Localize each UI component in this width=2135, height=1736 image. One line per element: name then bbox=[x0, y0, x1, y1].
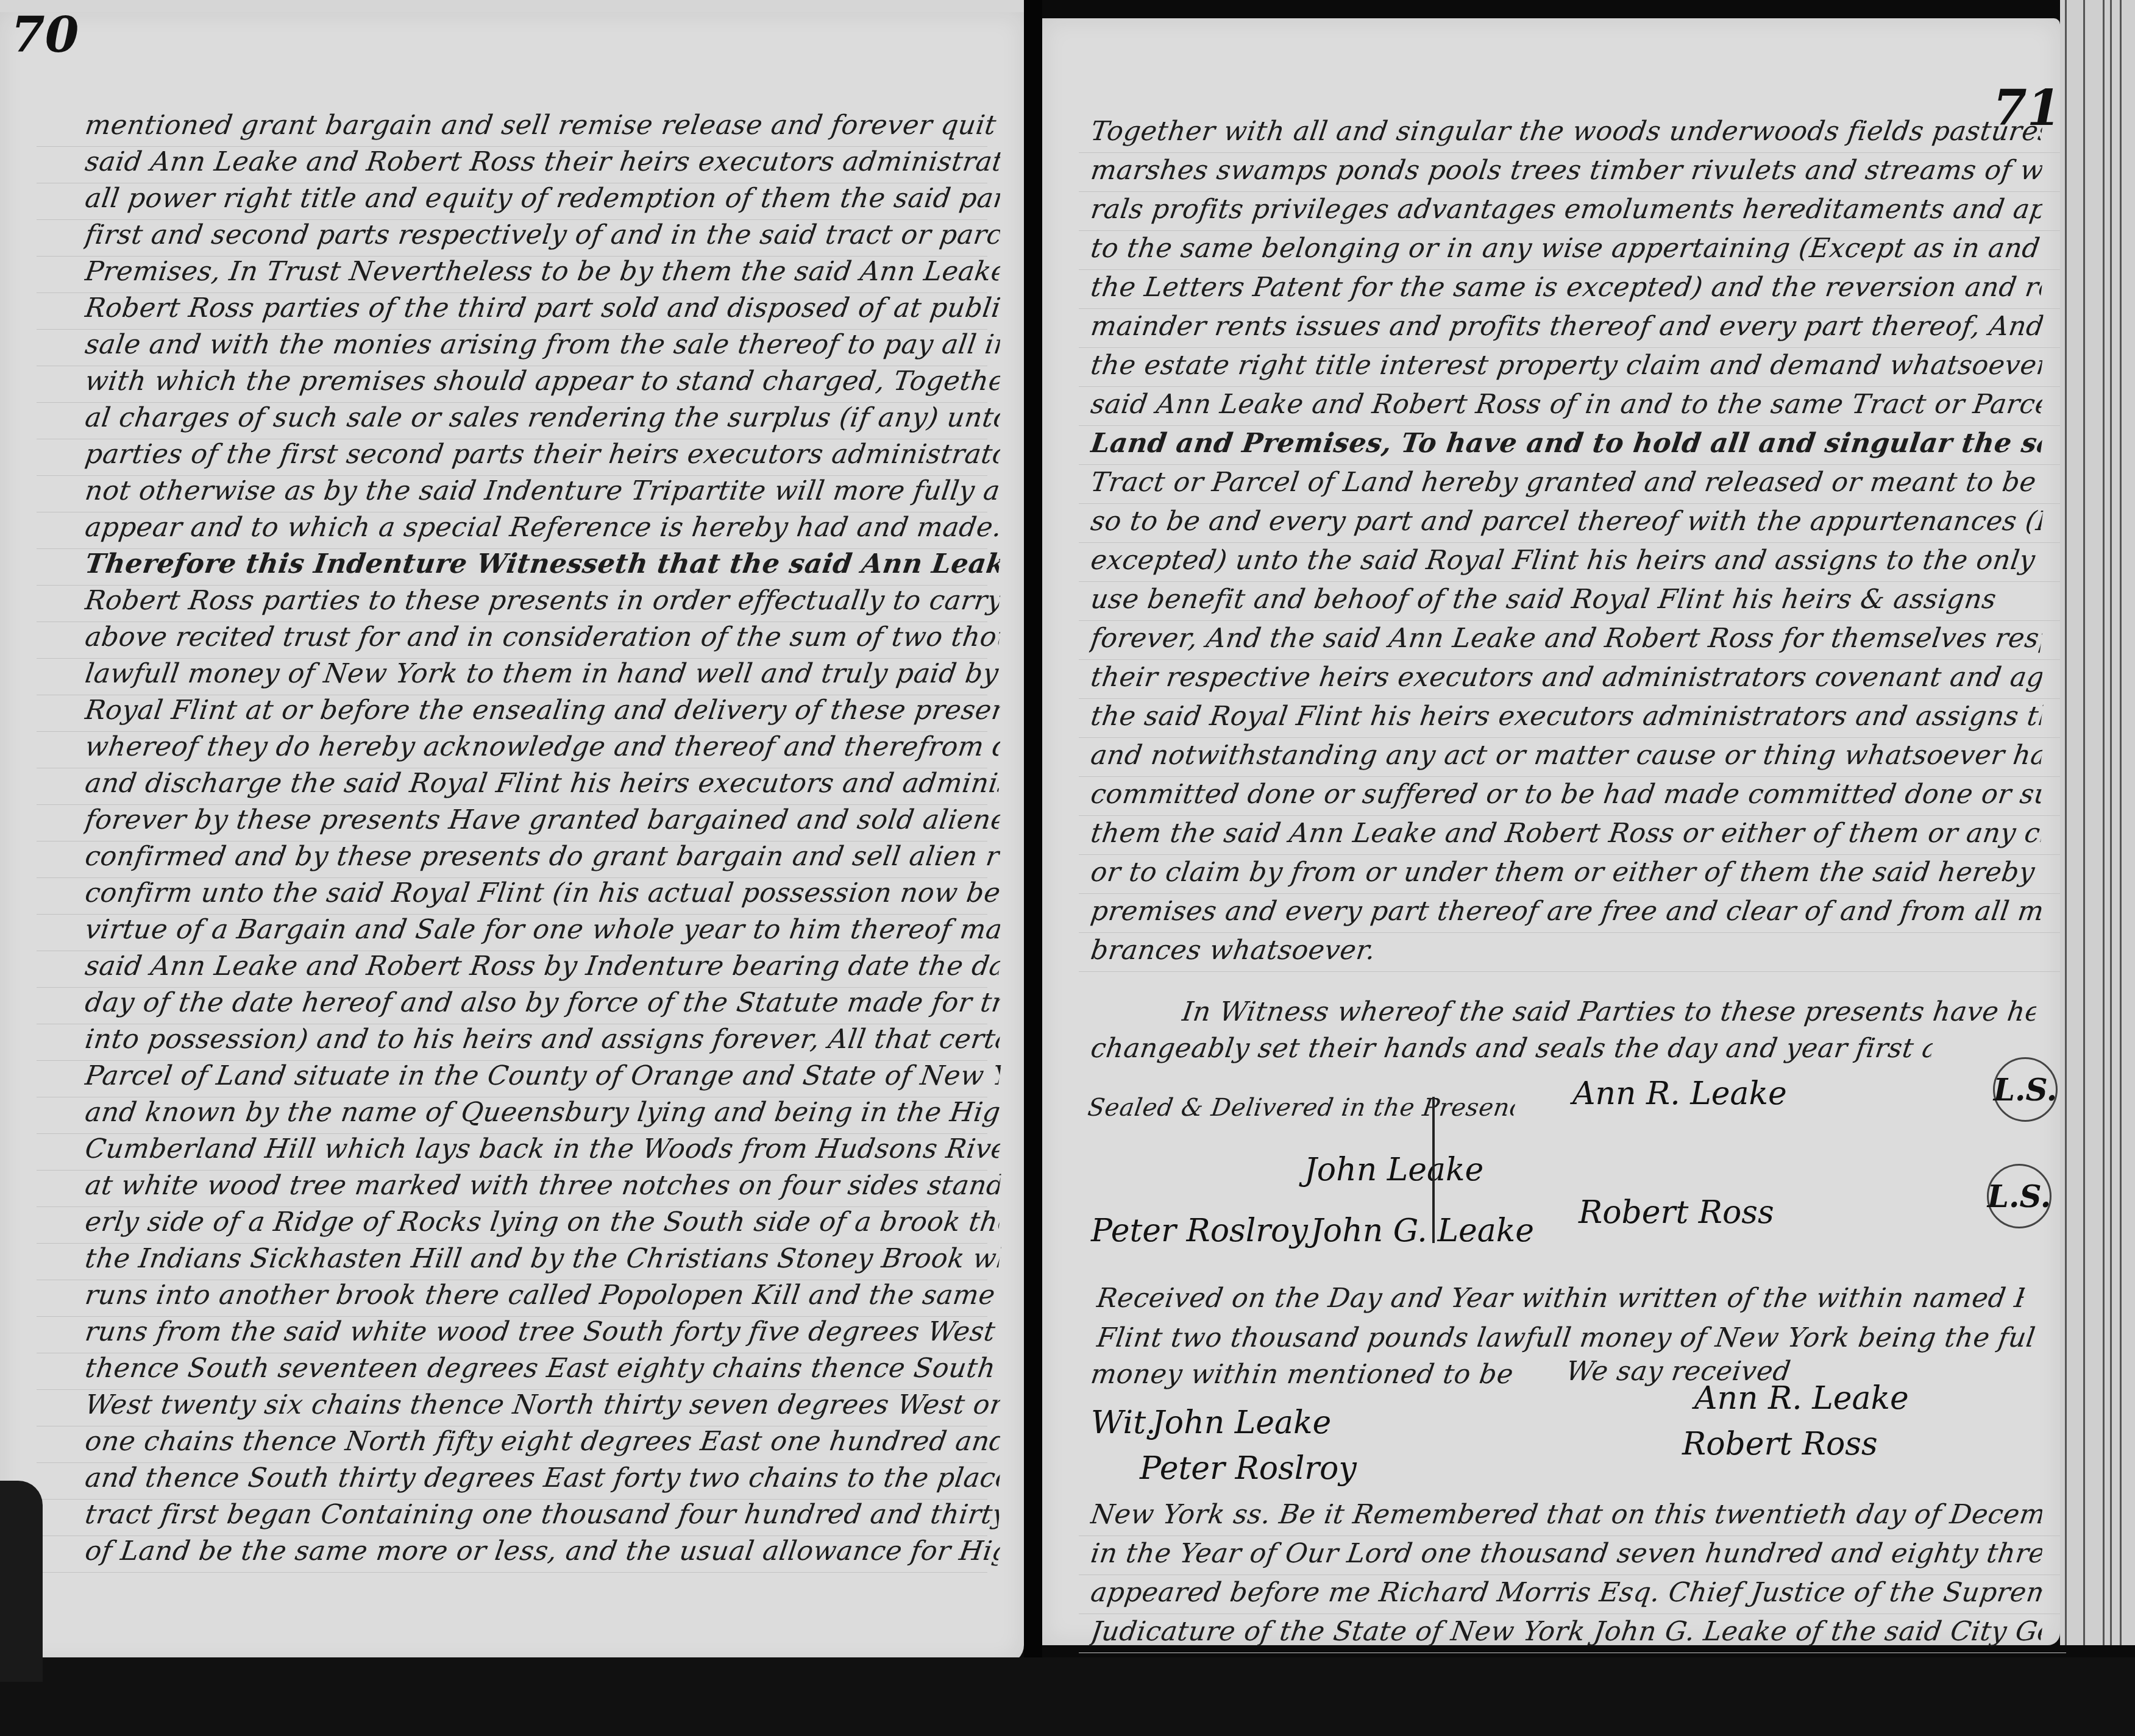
witness-signature-john-g-leake: John G. Leake bbox=[1310, 1213, 1534, 1249]
ledger-rule bbox=[1079, 1536, 2066, 1536]
handwritten-line: appear and to which a special Reference … bbox=[83, 512, 1001, 543]
handwritten-line: Land and Premises, To have and to hold a… bbox=[1089, 428, 2044, 459]
ledger-rule bbox=[1079, 581, 2066, 582]
receipt-line-1: Received on the Day and Year within writ… bbox=[1095, 1283, 2025, 1314]
handwritten-line: Robert Ross parties of the third part so… bbox=[83, 292, 1001, 324]
handwritten-line: of Land be the same more or less, and th… bbox=[83, 1536, 1001, 1567]
receipt-line-2: Flint two thousand pounds lawfull money … bbox=[1095, 1322, 2037, 1353]
handwritten-line: Judicature of the State of New York John… bbox=[1089, 1616, 2044, 1647]
handwritten-line: Royal Flint at or before the ensealing a… bbox=[83, 695, 1001, 726]
right-ledger-page: 71 Together with all and singular the wo… bbox=[1042, 18, 2060, 1645]
handwritten-line: confirm unto the said Royal Flint (in hi… bbox=[83, 877, 1001, 909]
handwritten-line: into possession) and to his heirs and as… bbox=[83, 1024, 1001, 1055]
handwritten-line: sale and with the monies arising from th… bbox=[83, 329, 1001, 360]
handwritten-line: excepted) unto the said Royal Flint his … bbox=[1089, 545, 2044, 576]
ledger-rule bbox=[1079, 854, 2066, 855]
left-ledger-page: 70 mentioned grant bargain and sell remi… bbox=[0, 12, 1024, 1663]
handwritten-line: confirmed and by these presents do grant… bbox=[83, 841, 1001, 872]
handwritten-line: the Indians Sickhasten Hill and by the C… bbox=[83, 1243, 1001, 1274]
handwritten-line: Parcel of Land situate in the County of … bbox=[83, 1060, 1001, 1091]
ledger-rule bbox=[1079, 230, 2066, 231]
handwritten-line: first and second parts respectively of a… bbox=[83, 219, 1001, 250]
handwritten-line: West twenty six chains thence North thir… bbox=[83, 1389, 1001, 1420]
handwritten-line: their respective heirs executors and adm… bbox=[1089, 662, 2044, 693]
handwritten-line: and known by the name of Queensbury lyin… bbox=[83, 1097, 1001, 1128]
ledger-rule bbox=[1079, 932, 2066, 933]
ledger-rule bbox=[1079, 308, 2066, 309]
ledger-rule bbox=[1079, 698, 2066, 699]
handwritten-line: to the same belonging or in any wise app… bbox=[1089, 233, 2044, 264]
handwritten-line: mainder rents issues and profits thereof… bbox=[1089, 311, 2044, 342]
signature-robert-ross: Robert Ross bbox=[1579, 1194, 1774, 1231]
receipt-signer-ann-leake: Ann R. Leake bbox=[1694, 1380, 1909, 1417]
handwritten-line: them the said Ann Leake and Robert Ross … bbox=[1089, 818, 2044, 849]
handwritten-line: the Letters Patent for the same is excep… bbox=[1089, 272, 2044, 303]
holding-thumb bbox=[0, 1481, 43, 1682]
handwritten-line: al charges of such sale or sales renderi… bbox=[83, 402, 1001, 433]
handwritten-line: whereof they do hereby acknowledge and t… bbox=[83, 731, 1001, 762]
handwritten-line: marshes swamps ponds pools trees timber … bbox=[1089, 155, 2044, 186]
book-page-edges bbox=[2060, 0, 2135, 1645]
ledger-rule bbox=[1079, 971, 2066, 972]
handwritten-line: premises and every part thereof are free… bbox=[1089, 896, 2044, 927]
handwritten-line: and notwithstanding any act or matter ca… bbox=[1089, 740, 2044, 771]
handwritten-line: erly side of a Ridge of Rocks lying on t… bbox=[83, 1206, 1001, 1238]
signature-ann-leake: Ann R. Leake bbox=[1572, 1075, 1787, 1112]
handwritten-line: rals profits privileges advantages emolu… bbox=[1089, 194, 2044, 225]
handwritten-line: one chains thence North fifty eight degr… bbox=[83, 1426, 1001, 1457]
ledger-rule bbox=[1079, 269, 2066, 270]
ledger-rule bbox=[1079, 815, 2066, 816]
ledger-rule bbox=[1079, 776, 2066, 777]
witness-brace bbox=[1432, 1097, 1435, 1243]
ledger-rule bbox=[1079, 464, 2066, 465]
ledger-rule bbox=[1079, 1653, 2066, 1653]
handwritten-line: all power right title and equity of rede… bbox=[83, 183, 1001, 214]
handwritten-line: forever by these presents Have granted b… bbox=[83, 804, 1001, 835]
witness-signature-john-leake: John Leake bbox=[1304, 1152, 1483, 1188]
ledger-rule bbox=[1079, 1575, 2066, 1575]
handwritten-line: said Ann Leake and Robert Ross by Indent… bbox=[83, 951, 1001, 982]
seal-icon: L.S. bbox=[1987, 1164, 2052, 1228]
handwritten-line: at white wood tree marked with three not… bbox=[83, 1170, 1001, 1201]
handwritten-line: the said Royal Flint his heirs executors… bbox=[1089, 701, 2044, 732]
handwritten-line: tract first began Containing one thousan… bbox=[83, 1499, 1001, 1530]
handwritten-line: brances whatsoever. bbox=[1089, 935, 2044, 966]
left-page-number: 70 bbox=[11, 6, 79, 63]
handwritten-line: runs into another brook there called Pop… bbox=[83, 1280, 1001, 1311]
handwritten-line: thence South seventeen degrees East eigh… bbox=[83, 1353, 1001, 1384]
handwritten-line: said Ann Leake and Robert Ross their hei… bbox=[83, 146, 1001, 177]
handwritten-line: parties of the first second parts their … bbox=[83, 439, 1001, 470]
ledger-rule bbox=[1079, 542, 2066, 543]
seal-icon: L.S. bbox=[1993, 1057, 2058, 1122]
handwritten-line: mentioned grant bargain and sell remise … bbox=[83, 110, 1001, 141]
witness-signature-peter-roslroy: Peter Roslroy bbox=[1091, 1213, 1308, 1249]
handwritten-line: Therefore this Indenture Witnesseth that… bbox=[83, 548, 1001, 579]
ledger-rule bbox=[1079, 1614, 2066, 1614]
ledger-rule bbox=[1079, 152, 2066, 153]
handwritten-line: said Ann Leake and Robert Ross of in and… bbox=[1089, 389, 2044, 420]
witness-clause-line-1: In Witness whereof the said Parties to t… bbox=[1180, 996, 2037, 1027]
handwritten-line: Cumberland Hill which lays back in the W… bbox=[83, 1133, 1001, 1164]
receipt-witness-peter-roslroy: Peter Roslroy bbox=[1140, 1450, 1357, 1487]
handwritten-line: appeared before me Richard Morris Esq. C… bbox=[1089, 1577, 2044, 1608]
handwritten-line: above recited trust for and in considera… bbox=[83, 622, 1001, 653]
handwritten-line: Robert Ross parties to these presents in… bbox=[83, 585, 1001, 616]
ledger-rule bbox=[1079, 347, 2066, 348]
handwritten-line: day of the date hereof and also by force… bbox=[83, 987, 1001, 1018]
ledger-rule bbox=[1079, 386, 2066, 387]
handwritten-line: runs from the said white wood tree South… bbox=[83, 1316, 1001, 1347]
ledger-rule bbox=[1079, 737, 2066, 738]
handwritten-line: Premises, In Trust Nevertheless to be by… bbox=[83, 256, 1001, 287]
handwritten-line: and thence South thirty degrees East for… bbox=[83, 1462, 1001, 1493]
ledger-rule bbox=[37, 1572, 987, 1573]
handwritten-line: use benefit and behoof of the said Royal… bbox=[1089, 584, 2044, 615]
handwritten-line: virtue of a Bargain and Sale for one who… bbox=[83, 914, 1001, 945]
receipt-witness-label: Wit. bbox=[1091, 1405, 1156, 1441]
handwritten-line: Together with all and singular the woods… bbox=[1089, 116, 2044, 147]
receipt-witness-john-leake: John Leake bbox=[1152, 1405, 1331, 1441]
handwritten-line: lawfull money of New York to them in han… bbox=[83, 658, 1001, 689]
handwritten-line: Tract or Parcel of Land hereby granted a… bbox=[1089, 467, 2044, 498]
sealed-delivered-label: Sealed & Delivered in the Presence of bbox=[1086, 1094, 1516, 1122]
handwritten-line: forever, And the said Ann Leake and Robe… bbox=[1089, 623, 2044, 654]
ledger-rule bbox=[1079, 893, 2066, 894]
handwritten-line: committed done or suffered or to be had … bbox=[1089, 779, 2044, 810]
ledger-rule bbox=[1079, 659, 2066, 660]
handwritten-line: so to be and every part and parcel there… bbox=[1089, 506, 2044, 537]
handwritten-line: in the Year of Our Lord one thousand sev… bbox=[1089, 1538, 2044, 1569]
ledger-rule bbox=[1079, 503, 2066, 504]
ledger-rule bbox=[1079, 620, 2066, 621]
receipt-signer-robert-ross: Robert Ross bbox=[1682, 1426, 1878, 1462]
witness-clause-line-2: changeably set their hands and seals the… bbox=[1089, 1033, 1934, 1064]
book-bottom-shadow bbox=[0, 1657, 2135, 1736]
receipt-line-3: money within mentioned to be paid. bbox=[1089, 1359, 1519, 1390]
handwritten-line: not otherwise as by the said Indenture T… bbox=[83, 475, 1001, 506]
handwritten-line: the estate right title interest property… bbox=[1089, 350, 2044, 381]
ledger-rule bbox=[1079, 425, 2066, 426]
book-gutter bbox=[1024, 0, 1042, 1736]
ledger-rule bbox=[1079, 191, 2066, 192]
handwritten-line: and discharge the said Royal Flint his h… bbox=[83, 768, 1001, 799]
handwritten-line: New York ss. Be it Remembered that on th… bbox=[1089, 1499, 2044, 1530]
handwritten-line: with which the premises should appear to… bbox=[83, 366, 1001, 397]
handwritten-line: or to claim by from or under them or eit… bbox=[1089, 857, 2044, 888]
